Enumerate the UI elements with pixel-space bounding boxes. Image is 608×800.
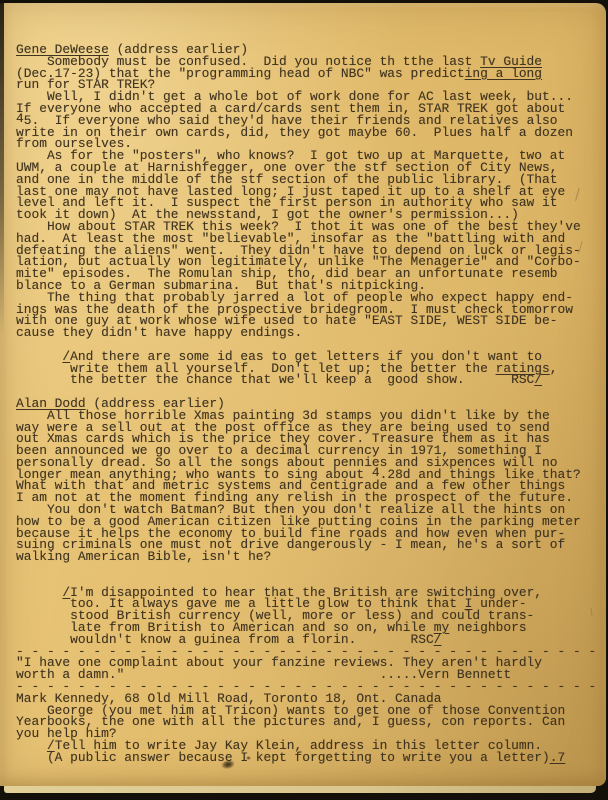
underlined-text: .7 — [550, 750, 565, 765]
typed-text: walking American Bible, isn't he? — [16, 549, 271, 564]
typed-line — [16, 563, 602, 575]
page-under-edge — [4, 786, 596, 793]
underlined-text: / — [534, 372, 542, 387]
typed-line: (A public answer because I kept forgetti… — [16, 752, 602, 764]
typed-line: the better the chance that we'll keep a … — [16, 374, 602, 386]
ink-speck — [246, 756, 251, 760]
typed-line: cause they didn't have happy endings. — [16, 327, 602, 339]
typed-text: , — [550, 361, 558, 376]
typed-text: 4 — [16, 111, 24, 126]
left-edge-shadow — [0, 3, 4, 335]
typed-text: the better the chance that we'll keep a … — [16, 372, 534, 387]
typed-line: walking American Bible, isn't he? — [16, 551, 602, 563]
margin-pen-mark — [585, 608, 592, 618]
typed-text: cause they didn't have happy endings. — [16, 325, 302, 340]
typed-text: (A public answer because I kept forgetti… — [16, 750, 550, 765]
typed-text: 4 — [372, 465, 380, 480]
typed-text: neighbors — [449, 620, 526, 635]
typed-text-layer: Gene DeWeese (address earlier) Somebody … — [16, 44, 602, 764]
underlined-text: ing a long — [465, 66, 542, 81]
scan-background: { "meta": { "description": "Scanned type… — [0, 0, 608, 800]
